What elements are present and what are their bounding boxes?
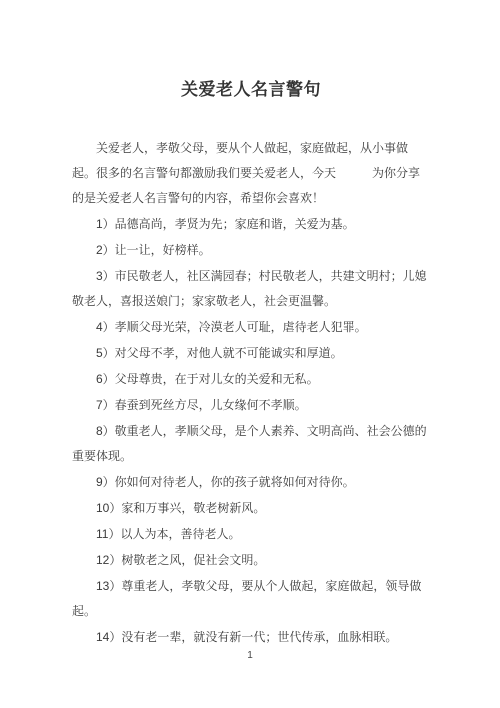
quote-paragraph: 6）父母尊贵，在于对儿女的关爱和无私。	[72, 367, 430, 392]
quote-paragraph: 1）品德高尚，孝贤为先；家庭和谐，关爱为基。	[72, 212, 430, 237]
quote-paragraph: 7）春蚕到死丝方尽，儿女缘何不孝顺。	[72, 393, 430, 418]
quote-paragraph: 11）以人为本，善待老人。	[72, 522, 430, 547]
quote-paragraph: 4）孝顺父母光荣，冷漠老人可耻，虐待老人犯罪。	[72, 315, 430, 340]
quote-paragraph: 3）市民敬老人，社区满园春；村民敬老人，共建文明村；儿媳敬老人，喜报送娘门；家家…	[72, 264, 430, 314]
quote-paragraph: 14）没有老一辈，就没有新一代；世代传承，血脉相联。	[72, 625, 430, 650]
quote-paragraph: 5）对父母不孝，对他人就不可能诚实和厚道。	[72, 341, 430, 366]
quote-paragraph: 12）树敬老之风，促社会文明。	[72, 548, 430, 573]
quote-list: 1）品德高尚，孝贤为先；家庭和谐，关爱为基。2）让一让，好榜样。3）市民敬老人，…	[72, 212, 430, 650]
quote-paragraph: 10）家和万事兴，敬老树新风。	[72, 496, 430, 521]
intro-paragraph: 关爱老人，孝敬父母，要从个人做起，家庭做起，从小事做起。很多的名言警句都激励我们…	[72, 136, 430, 211]
page-title: 关爱老人名言警句	[72, 77, 430, 102]
page-number: 1	[0, 650, 500, 661]
document-body: 关爱老人名言警句 关爱老人，孝敬父母，要从个人做起，家庭做起，从小事做起。很多的…	[72, 0, 430, 651]
quote-paragraph: 9）你如何对待老人，你的孩子就将如何对待你。	[72, 470, 430, 495]
quote-paragraph: 2）让一让，好榜样。	[72, 238, 430, 263]
document-page: 关爱老人名言警句 关爱老人，孝敬父母，要从个人做起，家庭做起，从小事做起。很多的…	[0, 0, 500, 708]
quote-paragraph: 8）敬重老人，孝顺父母，是个人素养、文明高尚、社会公德的重要体现。	[72, 419, 430, 469]
quote-paragraph: 13）尊重老人，孝敬父母，要从个人做起，家庭做起，领导做起。	[72, 574, 430, 624]
